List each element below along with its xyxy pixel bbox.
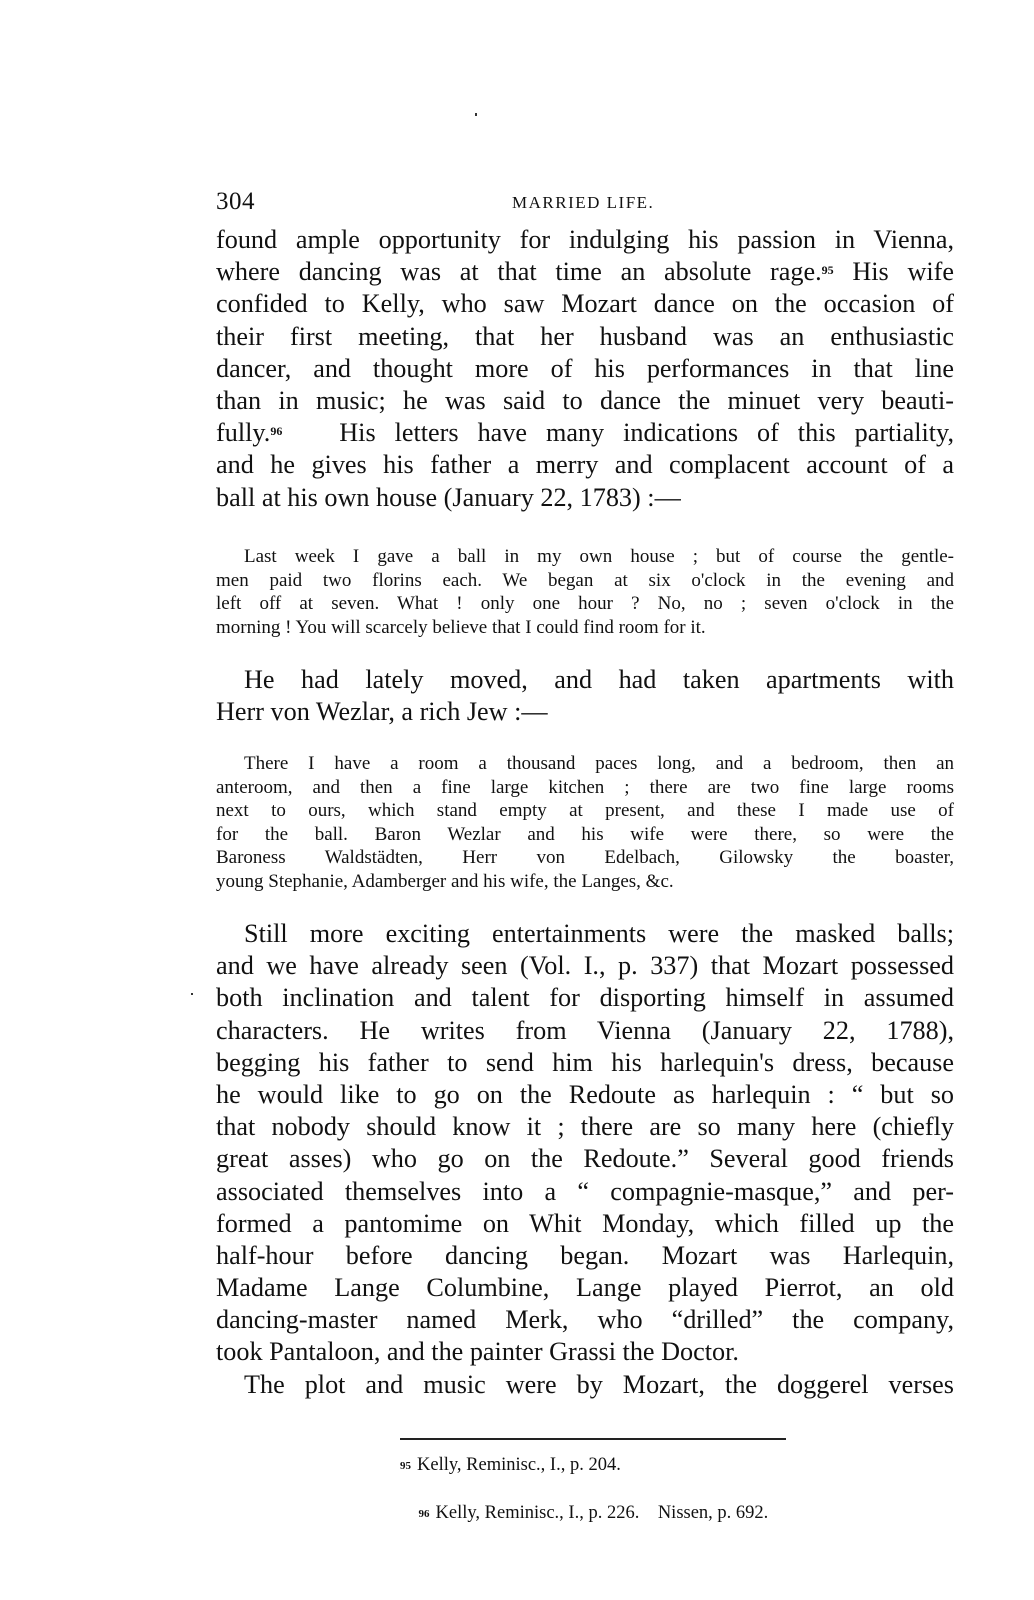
- text-line: found ample opportunity for indulging hi…: [216, 224, 954, 256]
- footnotes: 95Kelly, Reminisc., I., p. 204. 96Kelly,…: [400, 1453, 768, 1549]
- paragraph-4: The plot and music were by Mozart, the d…: [216, 1369, 954, 1401]
- text-line: dancing-master named Merk, who “drilled”…: [216, 1304, 954, 1336]
- text-line: that nobody should know it ; there are s…: [216, 1111, 954, 1143]
- text-line: fully.96 His letters have many indicatio…: [216, 417, 954, 449]
- text-line: where dancing was at that time an absolu…: [216, 256, 954, 288]
- text-line: great asses) who go on the Redoute.” Sev…: [216, 1143, 954, 1175]
- paragraph-2: He had lately moved, and had taken apart…: [216, 664, 954, 728]
- scan-speck: [191, 993, 193, 995]
- footnote-text: Kelly, Reminisc., I., p. 226. Nissen, p.…: [436, 1503, 769, 1523]
- scan-speck: [475, 113, 477, 116]
- quote-line: for the ball. Baron Wezlar and his wife …: [216, 823, 954, 847]
- paragraph-1: found ample opportunity for indulging hi…: [216, 224, 954, 514]
- text-line: begging his father to send him his harle…: [216, 1047, 954, 1079]
- text-line: and we have already seen (Vol. I., p. 33…: [216, 950, 954, 982]
- footnote-marker: 95: [400, 1460, 411, 1472]
- footnote-marker: 96: [419, 1508, 430, 1520]
- text-line: both inclination and talent for disporti…: [216, 982, 954, 1014]
- footnote-96: 96Kelly, Reminisc., I., p. 226. Nissen, …: [400, 1477, 768, 1549]
- text-line: ball at his own house (January 22, 1783)…: [216, 482, 954, 514]
- footnote-ref[interactable]: 95: [822, 263, 834, 277]
- footnote-95: 95Kelly, Reminisc., I., p. 204.: [400, 1453, 768, 1477]
- quote-line: anteroom, and then a fine large kitchen …: [216, 776, 954, 800]
- paragraph-3: Still more exciting entertainments were …: [216, 918, 954, 1369]
- quote-line: morning ! You will scarcely believe that…: [216, 616, 954, 640]
- block-quote-2: There I have a room a thousand paces lon…: [216, 752, 954, 894]
- quote-line: There I have a room a thousand paces lon…: [216, 752, 954, 776]
- text-line: associated themselves into a “ compagnie…: [216, 1176, 954, 1208]
- text-line: half-hour before dancing began. Mozart w…: [216, 1240, 954, 1272]
- quote-line: next to ours, which stand empty at prese…: [216, 799, 954, 823]
- page-number: 304: [216, 188, 255, 216]
- quote-line: Last week I gave a ball in my own house …: [216, 545, 954, 569]
- footnote-ref[interactable]: 96: [270, 424, 282, 438]
- text-line: their first meeting, that her husband wa…: [216, 321, 954, 353]
- text-line: Madame Lange Columbine, Lange played Pie…: [216, 1272, 954, 1304]
- text-line: The plot and music were by Mozart, the d…: [216, 1369, 954, 1401]
- text-line: characters. He writes from Vienna (Janua…: [216, 1015, 954, 1047]
- text-line: took Pantaloon, and the painter Grassi t…: [216, 1336, 954, 1368]
- footnote-rule: [400, 1438, 786, 1440]
- quote-line: men paid two florins each. We began at s…: [216, 569, 954, 593]
- quote-line: Baroness Waldstädten, Herr von Edelbach,…: [216, 846, 954, 870]
- text-line: dancer, and thought more of his performa…: [216, 353, 954, 385]
- text-line: than in music; he was said to dance the …: [216, 385, 954, 417]
- running-head: MARRIED LIFE.: [512, 193, 654, 213]
- block-quote-1: Last week I gave a ball in my own house …: [216, 545, 954, 639]
- text-line: He had lately moved, and had taken apart…: [216, 664, 954, 696]
- page-header: 304 MARRIED LIFE.: [216, 188, 956, 218]
- text-line: formed a pantomime on Whit Monday, which…: [216, 1208, 954, 1240]
- footnote-text: Kelly, Reminisc., I., p. 204.: [417, 1455, 621, 1475]
- quote-line: left off at seven. What ! only one hour …: [216, 592, 954, 616]
- text-line: and he gives his father a merry and comp…: [216, 449, 954, 481]
- text-line: Still more exciting entertainments were …: [216, 918, 954, 950]
- text-line: Herr von Wezlar, a rich Jew :—: [216, 696, 954, 728]
- text-line: confided to Kelly, who saw Mozart dance …: [216, 288, 954, 320]
- text-line: he would like to go on the Redoute as ha…: [216, 1079, 954, 1111]
- quote-line: young Stephanie, Adamberger and his wife…: [216, 870, 954, 894]
